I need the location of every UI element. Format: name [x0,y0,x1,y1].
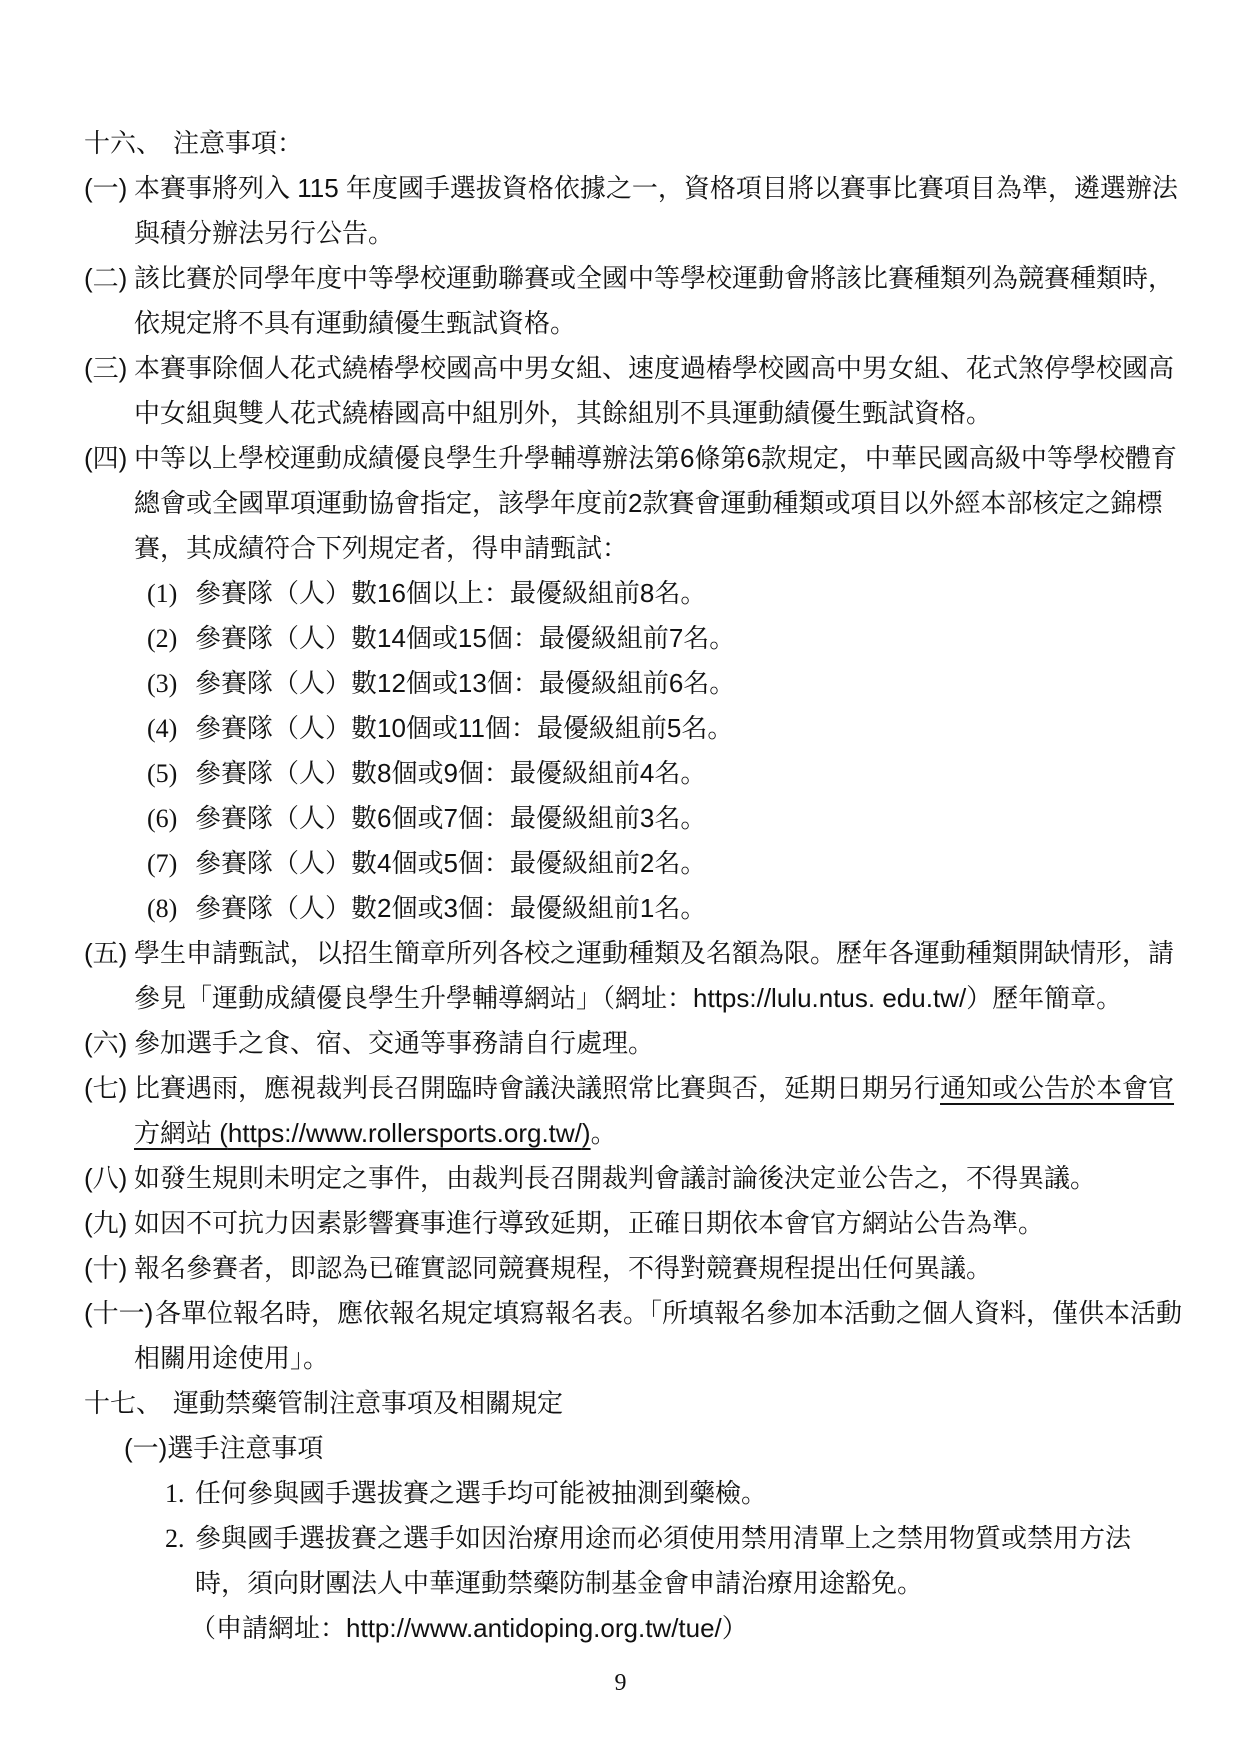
document-page: 十六、注意事項：(一)本賽事將列入 115 年度國手選拔資格依據之一，資格項目將… [0,0,1241,1755]
text-segment: 報名參賽者，即認為已確實認同競賽規程，不得對競賽規程提出任何異議。 [134,1253,992,1283]
url-link[interactable]: http://www.antidoping.org.tw/tue/ [346,1613,722,1643]
item-16-4-line-2: 總會或全國單項運動協會指定，該學年度前2款賽會運動種類或項目以外經本部核定之錦標 [0,481,1241,526]
item-16-2-line-2: 依規定將不具有運動績優生甄試資格。 [0,301,1241,346]
list-marker: (八) [84,1156,134,1201]
text-segment: 參賽隊（人）數4個或5個：最優級組前2名。 [195,848,706,878]
item-16-7-line-2: 方網站 (https://www.rollersports.org.tw/)。 [0,1111,1241,1156]
text-segment: 總會或全國單項運動協會指定，該學年度前2款賽會運動種類或項目以外經本部核定之錦標 [134,488,1162,518]
document-body: 十六、注意事項：(一)本賽事將列入 115 年度國手選拔資格依據之一，資格項目將… [0,121,1241,1651]
text-segment: 參賽隊（人）數10個或11個：最優級組前5名。 [195,713,733,743]
item-17-1-sub-2-line-3: （申請網址：http://www.antidoping.org.tw/tue/） [0,1606,1241,1651]
text-segment: 參賽隊（人）數8個或9個：最優級組前4名。 [195,758,706,788]
list-marker: (九) [84,1201,134,1246]
item-16-9: (九)如因不可抗力因素影響賽事進行導致延期，正確日期依本會官方網站公告為準。 [0,1201,1241,1246]
text-segment: 注意事項： [173,128,303,158]
text-segment: ）歷年簡章。 [966,983,1122,1013]
url-link[interactable]: https://lulu.ntus. edu.tw/ [693,983,966,1013]
item-16-4-sub-8: (8)參賽隊（人）數2個或3個：最優級組前1名。 [0,886,1241,931]
item-16-6: (六)參加選手之食、宿、交通等事務請自行處理。 [0,1021,1241,1066]
text-segment: 參賽隊（人）數2個或3個：最優級組前1名。 [195,893,706,923]
list-marker: (7) [147,841,195,886]
text-segment: 。 [591,1118,617,1148]
list-marker: 十七、 [84,1381,173,1426]
text-segment: 該比賽於同學年度中等學校運動聯賽或全國中等學校運動會將該比賽種類列為競賽種類時， [134,263,1174,293]
item-16-7-line-1: (七)比賽遇雨，應視裁判長召開臨時會議決議照常比賽與否，延期日期另行通知或公告於… [0,1066,1241,1111]
list-marker: (四) [84,436,134,481]
list-marker: (十一) [84,1291,155,1336]
text-segment: 參加選手之食、宿、交通等事務請自行處理。 [134,1028,654,1058]
text-segment: 相關用途使用」。 [134,1343,329,1373]
list-marker: (十) [84,1246,134,1291]
text-segment: 參見「運動成績優良學生升學輔導網站」（網址： [134,983,693,1013]
list-marker: (一) [84,166,134,211]
text-segment: 參與國手選拔賽之選手如因治療用途而必須使用禁用清單上之禁用物質或禁用方法 [195,1523,1131,1553]
url-link[interactable]: https://www.rollersports.org.tw/ [228,1118,582,1148]
list-marker: (5) [147,751,195,796]
page-number: 9 [0,1668,1241,1698]
text-segment: 如發生規則未明定之事件，由裁判長召開裁判會議討論後決定並公告之，不得異議。 [134,1163,1096,1193]
text-segment: 中等以上學校運動成績優良學生升學輔導辦法第6條第6款規定，中華民國高級中等學校體… [134,443,1177,473]
item-16-4-line-1: (四)中等以上學校運動成績優良學生升學輔導辦法第6條第6款規定，中華民國高級中等… [0,436,1241,481]
text-segment: 賽，其成績符合下列規定者，得申請甄試： [134,533,628,563]
text-segment: 方網站 ( [134,1118,228,1148]
list-marker: 1. [165,1471,195,1516]
section-16-heading: 十六、注意事項： [0,121,1241,166]
item-16-4-sub-3: (3)參賽隊（人）數12個或13個：最優級組前6名。 [0,661,1241,706]
text-segment: 運動禁藥管制注意事項及相關規定 [173,1388,563,1418]
item-17-1-sub-2-line-1: 2.參與國手選拔賽之選手如因治療用途而必須使用禁用清單上之禁用物質或禁用方法 [0,1516,1241,1561]
item-16-2-line-1: (二)該比賽於同學年度中等學校運動聯賽或全國中等學校運動會將該比賽種類列為競賽種… [0,256,1241,301]
list-marker: (六) [84,1021,134,1066]
list-marker: (4) [147,706,195,751]
text-segment: 任何參與國手選拔賽之選手均可能被抽測到藥檢。 [195,1478,767,1508]
list-marker: (七) [84,1066,134,1111]
list-marker: (2) [147,616,195,661]
list-marker: (3) [147,661,195,706]
item-16-3-line-1: (三)本賽事除個人花式繞樁學校國高中男女組、速度過樁學校國高中男女組、花式煞停學… [0,346,1241,391]
item-16-11-line-2: 相關用途使用」。 [0,1336,1241,1381]
list-marker: (8) [147,886,195,931]
list-marker: (1) [147,571,195,616]
text-segment: 參賽隊（人）數16個以上：最優級組前8名。 [195,578,706,608]
text-segment: 中女組與雙人花式繞樁國高中組別外，其餘組別不具運動績優生甄試資格。 [134,398,992,428]
text-segment: 本賽事除個人花式繞樁學校國高中男女組、速度過樁學校國高中男女組、花式煞停學校國高 [134,353,1174,383]
text-segment: 學生申請甄試，以招生簡章所列各校之運動種類及名額為限。歷年各運動種類開缺情形，請 [134,938,1174,968]
item-16-10: (十)報名參賽者，即認為已確實認同競賽規程，不得對競賽規程提出任何異議。 [0,1246,1241,1291]
item-16-5-line-2: 參見「運動成績優良學生升學輔導網站」（網址：https://lulu.ntus.… [0,976,1241,1021]
item-16-4-sub-6: (6)參賽隊（人）數6個或7個：最優級組前3名。 [0,796,1241,841]
item-17-1-heading: (一)選手注意事項 [0,1426,1241,1471]
list-marker: (三) [84,346,134,391]
item-16-3-line-2: 中女組與雙人花式繞樁國高中組別外，其餘組別不具運動績優生甄試資格。 [0,391,1241,436]
text-segment: 依規定將不具有運動績優生甄試資格。 [134,308,576,338]
text-segment: （申請網址： [190,1613,346,1643]
text-segment: 參賽隊（人）數14個或15個：最優級組前7名。 [195,623,735,653]
text-segment: 通知或公告於本會官 [940,1073,1174,1103]
item-16-4-line-3: 賽，其成績符合下列規定者，得申請甄試： [0,526,1241,571]
text-segment: 時，須向財團法人中華運動禁藥防制基金會申請治療用途豁免。 [195,1568,923,1598]
item-16-11-line-1: (十一)各單位報名時，應依報名規定填寫報名表。「所填報名參加本活動之個人資料，僅… [0,1291,1241,1336]
text-segment: 各單位報名時，應依報名規定填寫報名表。「所填報名參加本活動之個人資料，僅供本活動 [155,1298,1182,1328]
item-16-8: (八)如發生規則未明定之事件，由裁判長召開裁判會議討論後決定並公告之，不得異議。 [0,1156,1241,1201]
text-segment: 比賽遇雨，應視裁判長召開臨時會議決議照常比賽與否，延期日期另行 [134,1073,940,1103]
text-segment: ） [722,1613,748,1643]
list-marker: 2. [165,1516,195,1561]
item-16-1-line-1: (一)本賽事將列入 115 年度國手選拔資格依據之一，資格項目將以賽事比賽項目為… [0,166,1241,211]
text-segment: 與積分辦法另行公告。 [134,218,394,248]
text-segment: (一)選手注意事項 [124,1433,323,1463]
section-17-heading: 十七、運動禁藥管制注意事項及相關規定 [0,1381,1241,1426]
list-marker: (6) [147,796,195,841]
item-16-4-sub-2: (2)參賽隊（人）數14個或15個：最優級組前7名。 [0,616,1241,661]
item-17-1-sub-2-line-2: 時，須向財團法人中華運動禁藥防制基金會申請治療用途豁免。 [0,1561,1241,1606]
text-segment: 如因不可抗力因素影響賽事進行導致延期，正確日期依本會官方網站公告為準。 [134,1208,1044,1238]
item-16-1-line-2: 與積分辦法另行公告。 [0,211,1241,256]
text-segment: 參賽隊（人）數12個或13個：最優級組前6名。 [195,668,735,698]
text-segment: 本賽事將列入 115 年度國手選拔資格依據之一，資格項目將以賽事比賽項目為準，遴… [134,173,1178,203]
text-segment: 參賽隊（人）數6個或7個：最優級組前3名。 [195,803,706,833]
item-16-4-sub-1: (1)參賽隊（人）數16個以上：最優級組前8名。 [0,571,1241,616]
item-16-5-line-1: (五)學生申請甄試，以招生簡章所列各校之運動種類及名額為限。歷年各運動種類開缺情… [0,931,1241,976]
text-segment: ) [582,1118,591,1148]
item-16-4-sub-7: (7)參賽隊（人）數4個或5個：最優級組前2名。 [0,841,1241,886]
list-marker: (二) [84,256,134,301]
list-marker: (五) [84,931,134,976]
item-16-4-sub-5: (5)參賽隊（人）數8個或9個：最優級組前4名。 [0,751,1241,796]
list-marker: 十六、 [84,121,173,166]
item-17-1-sub-1: 1.任何參與國手選拔賽之選手均可能被抽測到藥檢。 [0,1471,1241,1516]
item-16-4-sub-4: (4)參賽隊（人）數10個或11個：最優級組前5名。 [0,706,1241,751]
